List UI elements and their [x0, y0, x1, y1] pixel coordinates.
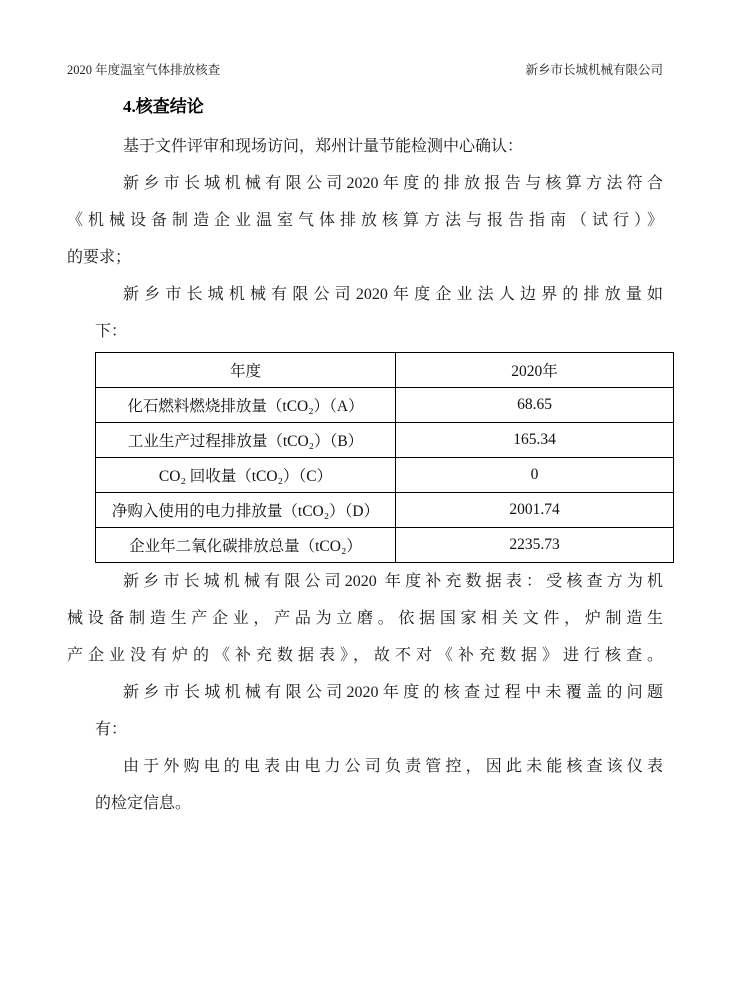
paragraph-2: 新乡市长城机械有限公司2020年度的排放报告与核算方法符合 《机械设备制造企业温… [67, 165, 663, 276]
row-label: 企业年二氧化碳排放总量（tCO₂） [96, 528, 396, 563]
table-header-year-label: 年度 [96, 353, 396, 388]
paragraph-6: 由于外购电的电表由电力公司负责管控，因此未能核查该仪表 的检定信息。 [67, 748, 663, 822]
row-value: 2001.74 [396, 493, 674, 528]
paragraph-1: 基于文件评审和现场访问，郑州计量节能检测中心确认： [67, 128, 663, 165]
table-row: 企业年二氧化碳排放总量（tCO₂） 2235.73 [96, 528, 674, 563]
paragraph-line: 《机械设备制造企业温室气体排放核算方法与报告指南（试行）》 [67, 202, 663, 239]
table-header-row: 年度 2020年 [96, 353, 674, 388]
table-row: CO₂ 回收量（tCO₂）（C） 0 [96, 458, 674, 493]
paragraph-4: 新乡市长城机械有限公司2020 年度补充数据表：受核查方为机 械设备制造生产企业… [67, 563, 663, 674]
section-title: 4.核查结论 [67, 94, 663, 120]
row-value: 165.34 [396, 423, 674, 458]
row-value: 0 [396, 458, 674, 493]
row-value: 2235.73 [396, 528, 674, 563]
page-header: 2020 年度温室气体排放核查 新乡市长城机械有限公司 [67, 62, 663, 78]
table-row: 净购入使用的电力排放量（tCO₂）（D） 2001.74 [96, 493, 674, 528]
header-left-text: 2020 年度温室气体排放核查 [67, 62, 220, 78]
paragraph-line: 下： [67, 313, 663, 350]
row-label: 工业生产过程排放量（tCO₂）（B） [96, 423, 396, 458]
paragraph-line: 的要求； [67, 239, 663, 276]
paragraph-line: 产企业没有炉的《补充数据表》，故不对《补充数据》进行核查。 [67, 637, 663, 674]
table-row: 化石燃料燃烧排放量（tCO₂）（A） 68.65 [96, 388, 674, 423]
row-label: 净购入使用的电力排放量（tCO₂）（D） [96, 493, 396, 528]
paragraph-line: 有： [67, 711, 663, 748]
row-label: CO₂ 回收量（tCO₂）（C） [96, 458, 396, 493]
table-row: 工业生产过程排放量（tCO₂）（B） 165.34 [96, 423, 674, 458]
row-label: 化石燃料燃烧排放量（tCO₂）（A） [96, 388, 396, 423]
paragraph-3: 新乡市长城机械有限公司2020年度企业法人边界的排放量如 下： [67, 276, 663, 350]
table-body: 化石燃料燃烧排放量（tCO₂）（A） 68.65 工业生产过程排放量（tCO₂）… [96, 388, 674, 563]
document-page: 2020 年度温室气体排放核查 新乡市长城机械有限公司 4.核查结论 基于文件评… [0, 0, 730, 998]
document-body: 基于文件评审和现场访问，郑州计量节能检测中心确认： 新乡市长城机械有限公司202… [67, 128, 663, 822]
paragraph-line: 由于外购电的电表由电力公司负责管控，因此未能核查该仪表 [67, 748, 663, 785]
paragraph-line: 械设备制造生产企业，产品为立磨。依据国家相关文件，炉制造生 [67, 600, 663, 637]
paragraph-line: 新乡市长城机械有限公司2020年度的排放报告与核算方法符合 [67, 165, 663, 202]
paragraph-line: 基于文件评审和现场访问，郑州计量节能检测中心确认： [67, 128, 663, 165]
table-header-year-value: 2020年 [396, 353, 674, 388]
paragraph-line: 的检定信息。 [67, 785, 663, 822]
header-right-text: 新乡市长城机械有限公司 [525, 62, 663, 78]
row-value: 68.65 [396, 388, 674, 423]
emissions-table: 年度 2020年 化石燃料燃烧排放量（tCO₂）（A） 68.65 工业生产过程… [95, 352, 674, 563]
paragraph-5: 新乡市长城机械有限公司2020年度的核查过程中未覆盖的问题 有： [67, 674, 663, 748]
paragraph-line: 新乡市长城机械有限公司2020年度的核查过程中未覆盖的问题 [67, 674, 663, 711]
paragraph-line: 新乡市长城机械有限公司2020年度企业法人边界的排放量如 [67, 276, 663, 313]
paragraph-line: 新乡市长城机械有限公司2020 年度补充数据表：受核查方为机 [67, 563, 663, 600]
